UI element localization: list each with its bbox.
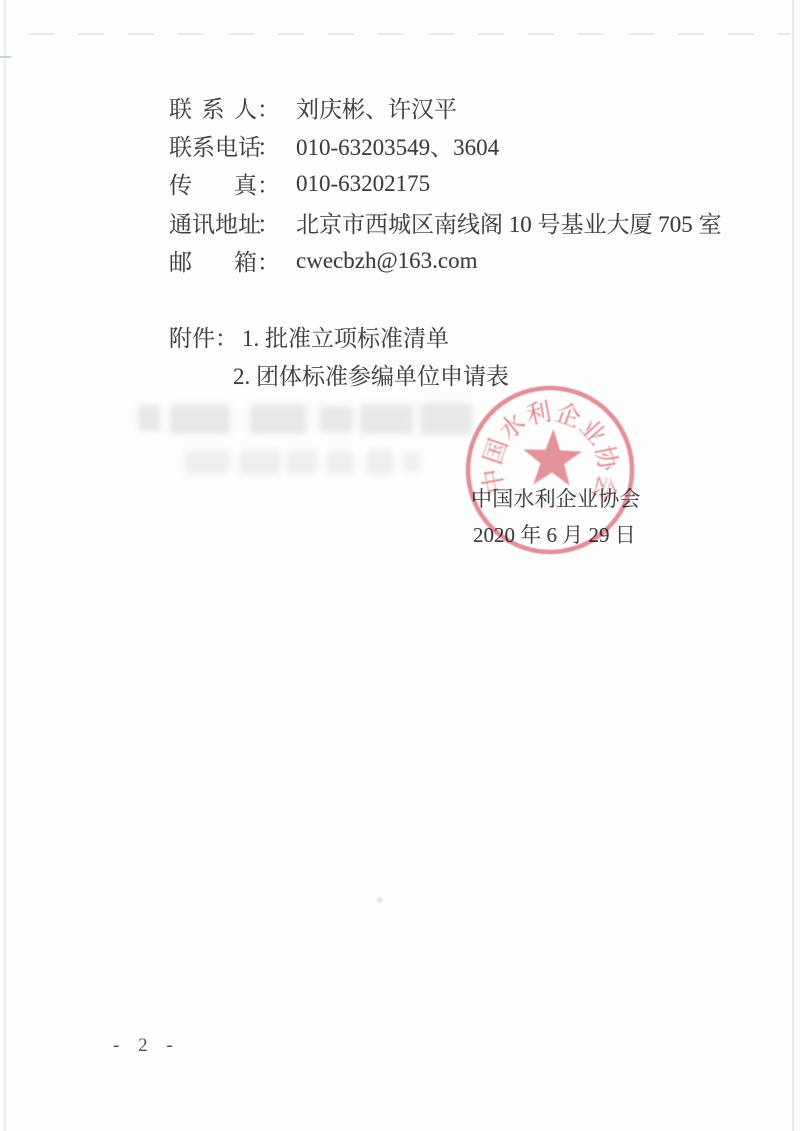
bleed-through-artifact: [367, 449, 393, 475]
star-icon: [522, 428, 583, 486]
contact-label: 传真: [169, 167, 257, 200]
contact-row-person: 联系人：刘庆彬、许汉平: [169, 88, 722, 126]
contact-row-email: 邮箱：cwecbzh@163.com: [169, 242, 722, 280]
scan-speck: [377, 897, 382, 903]
bleed-through-artifact: [170, 404, 230, 434]
bleed-through-artifact: [138, 405, 160, 431]
attachments-block: 附件：1. 批准立项标准清单 2. 团体标准参编单位申请表: [169, 317, 509, 394]
contact-value: 010-63202175: [296, 171, 430, 197]
scan-edge-left: [4, 0, 6, 1131]
contact-row-phone: 联系电话：010-63203549、3604: [169, 126, 722, 164]
colon: ：: [257, 167, 280, 200]
contact-row-fax: 传真：010-63202175: [169, 165, 722, 203]
bleed-through-artifact: [240, 449, 280, 475]
contact-value: 010-63203549、3604: [296, 129, 499, 162]
colon: ：: [257, 206, 280, 239]
scan-edge-right: [792, 0, 794, 1131]
scanned-document-page: 联系人：刘庆彬、许汉平 联系电话：010-63203549、3604 传真：01…: [0, 0, 800, 1131]
attachment-item: 1. 批准立项标准清单: [242, 320, 449, 353]
bleed-through-artifact: [320, 406, 353, 432]
scan-artifact-dashed-line: [28, 33, 790, 35]
colon: ：: [215, 320, 238, 353]
page-number: - 2 -: [113, 1035, 180, 1057]
signature-date: 2020 年 6 月 29 日: [473, 519, 636, 549]
bleed-through-artifact: [250, 404, 307, 434]
colon: ：: [257, 244, 280, 277]
contact-info-block: 联系人：刘庆彬、许汉平 联系电话：010-63203549、3604 传真：01…: [169, 88, 722, 280]
colon: ：: [257, 129, 280, 162]
contact-row-address: 通讯地址：北京市西城区南线阁 10 号基业大厦 705 室: [169, 203, 722, 241]
signature-org-name: 中国水利企业协会: [471, 483, 641, 513]
attachment-item: 2. 团体标准参编单位申请表: [233, 358, 509, 391]
attachment-line-1: 附件：1. 批准立项标准清单: [169, 317, 509, 355]
colon: ：: [257, 91, 280, 124]
contact-label: 邮箱: [169, 244, 257, 277]
bleed-through-artifact: [360, 404, 413, 434]
contact-label: 通讯地址: [169, 206, 257, 239]
contact-value: 北京市西城区南线阁 10 号基业大厦 705 室: [296, 206, 722, 239]
scan-artifact-dash: [0, 56, 11, 58]
attachments-label: 附件: [169, 320, 215, 353]
contact-value: 刘庆彬、许汉平: [296, 91, 457, 124]
bleed-through-artifact: [287, 450, 317, 474]
bleed-through-artifact: [327, 450, 353, 474]
contact-label: 联系人: [169, 91, 257, 124]
contact-label: 联系电话: [169, 129, 257, 162]
bleed-through-artifact: [403, 452, 420, 472]
bleed-through-artifact: [420, 403, 472, 435]
contact-value: cwecbzh@163.com: [296, 248, 477, 274]
bleed-through-artifact: [185, 450, 230, 474]
attachment-line-2: 2. 团体标准参编单位申请表: [169, 355, 509, 393]
